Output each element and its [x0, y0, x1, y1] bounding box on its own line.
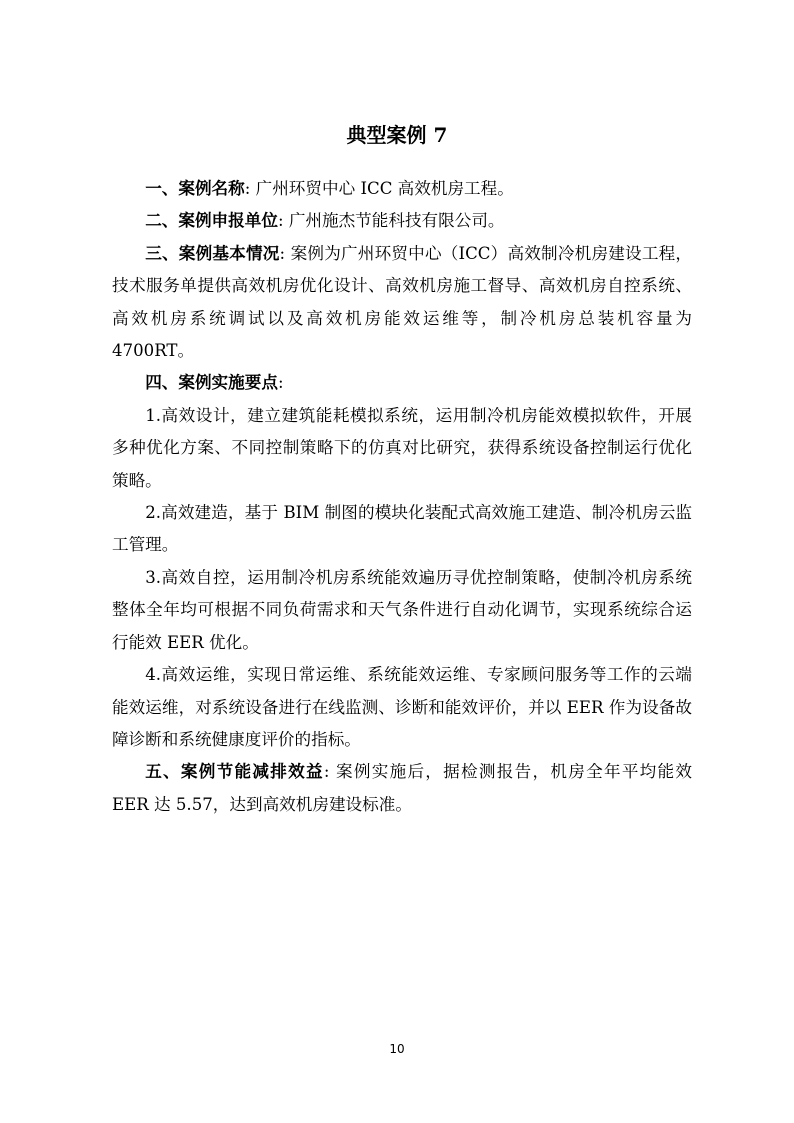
point-item: 3.高效自控，运用制冷机房系统能效遍历寻优控制策略，使制冷机房系统整体全年均可根… [112, 562, 692, 659]
document-body: 一、案例名称: 广州环贸中心 ICC 高效机房工程。 二、案例申报单位: 广州施… [112, 173, 692, 821]
section-case-name: 一、案例名称: 广州环贸中心 ICC 高效机房工程。 [112, 173, 692, 205]
section-heading: 二、案例申报单位 [145, 211, 278, 230]
section-heading: 一、案例名称 [145, 179, 245, 198]
page-number: 10 [0, 1042, 794, 1056]
section-benefit: 五、案例节能减排效益: 案例实施后，据检测报告，机房全年平均能效 EER 达 5… [112, 756, 692, 821]
section-applicant: 二、案例申报单位: 广州施杰节能科技有限公司。 [112, 205, 692, 237]
page-title: 典型案例 7 [0, 119, 794, 151]
section-heading: 五、案例节能减排效益 [145, 762, 324, 781]
section-heading: 四、案例实施要点 [145, 373, 278, 392]
document-page: 典型案例 7 一、案例名称: 广州环贸中心 ICC 高效机房工程。 二、案例申报… [0, 0, 794, 1123]
point-item: 2.高效建造，基于 BIM 制图的模块化装配式高效施工建造、制冷机房云监工管理。 [112, 497, 692, 562]
point-item: 4.高效运维，实现日常运维、系统能效运维、专家顾问服务等工作的云端能效运维，对系… [112, 659, 692, 756]
section-text: 广州环贸中心 ICC 高效机房工程。 [256, 179, 514, 198]
section-basic-info: 三、案例基本情况: 案例为广州环贸中心（ICC）高效制冷机房建设工程，技术服务单… [112, 238, 692, 368]
point-item: 1.高效设计，建立建筑能耗模拟系统，运用制冷机房能效模拟软件，开展多种优化方案、… [112, 400, 692, 497]
section-key-points: 四、案例实施要点: [112, 367, 692, 399]
section-text: 广州施杰节能科技有限公司。 [289, 211, 505, 230]
section-heading: 三、案例基本情况 [145, 244, 279, 263]
